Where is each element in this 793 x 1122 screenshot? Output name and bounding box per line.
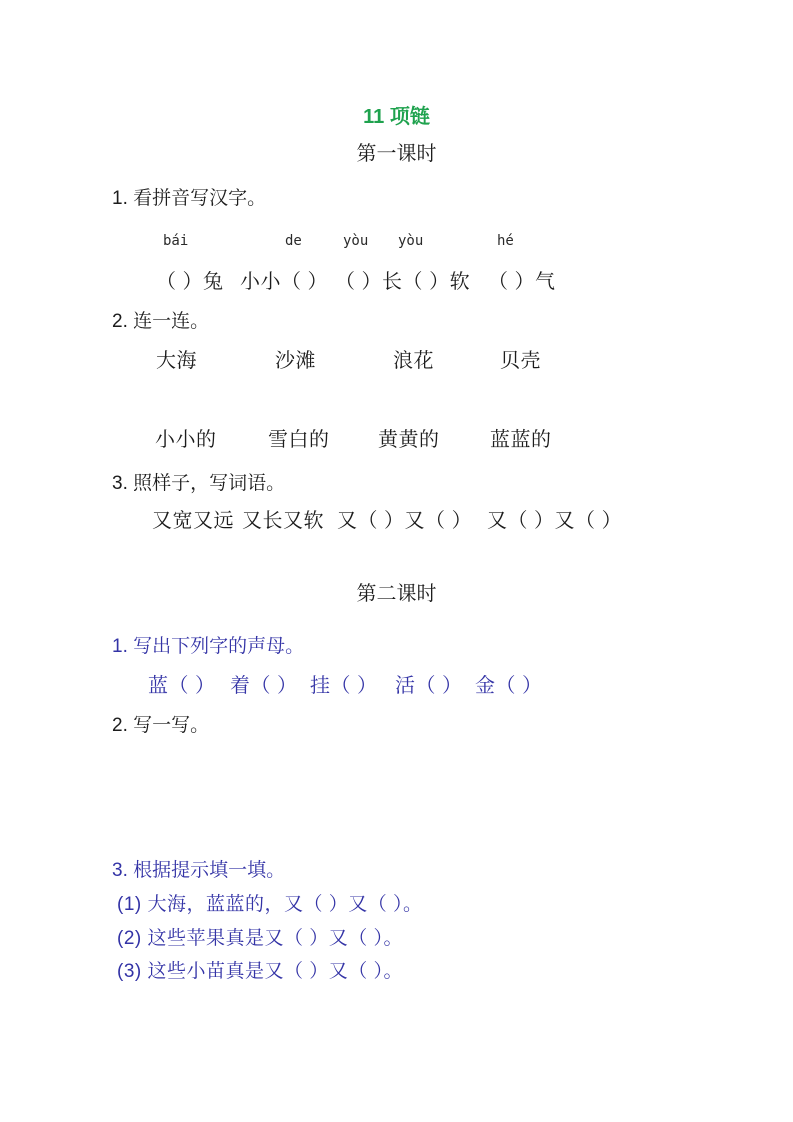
word-pattern-item: 又长又软 <box>242 510 324 533</box>
writing-space <box>112 745 672 855</box>
match-word-bottom: 蓝蓝的 <box>490 429 552 452</box>
pinyin-syllable: de <box>285 233 302 249</box>
pinyin-syllable: hé <box>497 233 514 249</box>
pinyin-syllable: yòu <box>398 233 423 249</box>
s1-q3-label: 3. 照样子，写词语。 <box>112 473 285 495</box>
fill-blank-item: 小小（ ） <box>240 271 328 294</box>
initial-consonant-item: 活（ ） <box>395 675 463 698</box>
initial-consonant-item: 着（ ） <box>230 675 298 698</box>
fill-blank-item: （ ）兔 <box>156 271 224 294</box>
match-word-bottom: 黄黄的 <box>378 429 440 452</box>
worksheet-page: 11 项链 第一课时 1. 看拼音写汉字。 bái de yòu yòu hé … <box>0 0 793 1122</box>
match-word-top: 沙滩 <box>275 350 316 373</box>
session1-heading: 第一课时 <box>0 143 793 166</box>
initial-consonant-item: 金（ ） <box>475 675 543 698</box>
match-word-top: 浪花 <box>393 350 434 373</box>
lesson-title: 11 项链 <box>0 106 793 129</box>
fill-blank-item: （ ）气 <box>488 271 556 294</box>
session2-heading: 第二课时 <box>0 583 793 606</box>
fill-in-sentence: (1) 大海，蓝蓝的，又（ ）又（ ）。 <box>117 894 423 916</box>
s2-q3-label: 3. 根据提示填一填。 <box>112 860 285 882</box>
match-word-bottom: 小小的 <box>155 429 217 452</box>
s1-q2-label: 2. 连一连。 <box>112 311 209 333</box>
match-word-top: 大海 <box>156 350 197 373</box>
s2-q2-label: 2. 写一写。 <box>112 715 209 737</box>
s2-q1-label: 1. 写出下列字的声母。 <box>112 636 304 658</box>
initial-consonant-item: 挂（ ） <box>310 675 378 698</box>
word-pattern-item: 又宽又远 <box>152 510 234 533</box>
match-word-bottom: 雪白的 <box>268 429 330 452</box>
pinyin-syllable: yòu <box>343 233 368 249</box>
match-word-top: 贝壳 <box>500 350 541 373</box>
initial-consonant-item: 蓝（ ） <box>148 675 216 698</box>
pinyin-syllable: bái <box>163 233 188 249</box>
s1-q1-label: 1. 看拼音写汉字。 <box>112 188 266 210</box>
fill-blank-item: （ ）长（ ）软 <box>335 271 470 294</box>
fill-in-sentence: (3) 这些小苗真是又（ ）又（ ）。 <box>117 961 403 983</box>
word-pattern-item: 又（ ）又（ ） <box>487 510 622 533</box>
fill-in-sentence: (2) 这些苹果真是又（ ）又（ ）。 <box>117 928 403 950</box>
word-pattern-item: 又（ ）又（ ） <box>337 510 472 533</box>
